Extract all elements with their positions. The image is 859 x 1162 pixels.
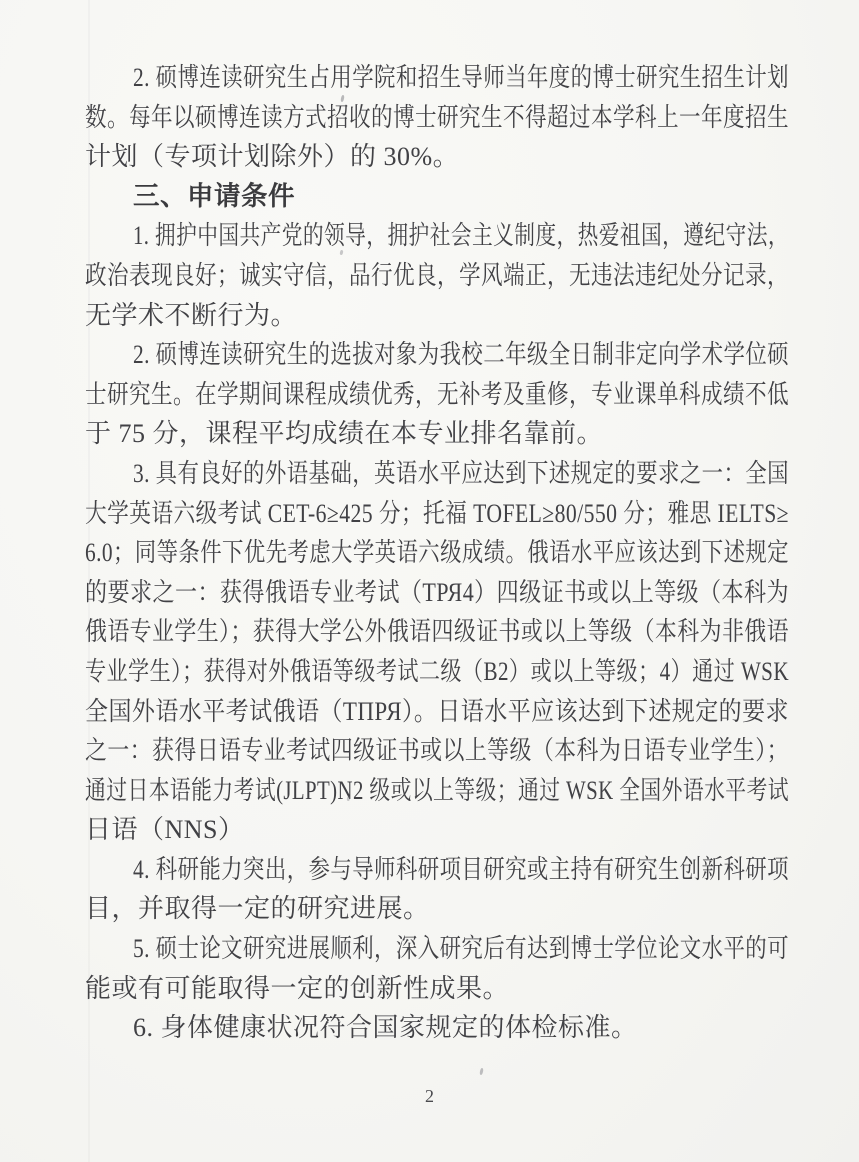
paragraph-line: 6. 身体健康状况符合国家规定的体检标准。 — [85, 1008, 789, 1048]
line-text: 1. 拥护中国共产党的领导，拥护社会主义制度，热爱祖国，遵纪守法， — [133, 216, 789, 256]
line-text: 无学术不断行为。 — [85, 296, 297, 336]
paragraph-line: 数。每年以硕博连读方式招收的博士研究生不得超过本学科上一年度招生 — [85, 98, 789, 138]
line-text: 6. 身体健康状况符合国家规定的体检标准。 — [133, 1008, 638, 1048]
paragraph-line: 于 75 分，课程平均成绩在本专业排名靠前。 — [85, 414, 789, 454]
paragraph-line: 全国外语水平考试俄语（ТПРЯ）。日语水平应该达到下述规定的要求 — [85, 692, 789, 732]
line-text: 4. 科研能力突出，参与导师科研项目研究或主持有研究生创新科研项 — [133, 850, 789, 890]
paragraph-line: 专业学生）；获得对外俄语等级考试二级（B2）或以上等级；4）通过 WSK — [85, 652, 789, 692]
paragraph-line: 3. 具有良好的外语基础，英语水平应达到下述规定的要求之一：全国 — [85, 454, 789, 494]
paragraph-line: 大学英语六级考试 CET-6≥425 分；托福 TOFEL≥80/550 分；雅… — [85, 494, 789, 534]
line-text: 全国外语水平考试俄语（ТПРЯ）。日语水平应该达到下述规定的要求 — [85, 692, 789, 732]
paragraph-line: 4. 科研能力突出，参与导师科研项目研究或主持有研究生创新科研项 — [85, 850, 789, 890]
paragraph-line: 计划（专项计划除外）的 30%。 — [85, 137, 789, 177]
line-text: 专业学生）；获得对外俄语等级考试二级（B2）或以上等级；4）通过 WSK — [85, 652, 789, 692]
line-text: 之一：获得日语专业考试四级证书或以上等级（本科为日语专业学生）； — [85, 731, 789, 771]
line-text: 俄语专业学生）；获得大学公外俄语四级证书或以上等级（本科为非俄语 — [85, 612, 789, 652]
line-text: 5. 硕士论文研究进展顺利，深入研究后有达到博士学位论文水平的可 — [133, 929, 789, 969]
paragraph-line: 无学术不断行为。 — [85, 296, 789, 336]
paragraph-line: 的要求之一：获得俄语专业考试（ТРЯ4）四级证书或以上等级（本科为 — [85, 573, 789, 613]
line-text: 6.0；同等条件下优先考虑大学英语六级成绩。俄语水平应该达到下述规定 — [85, 533, 789, 573]
line-text: 3. 具有良好的外语基础，英语水平应达到下述规定的要求之一：全国 — [133, 454, 789, 494]
line-text: 计划（专项计划除外）的 30%。 — [85, 137, 459, 177]
paragraph-line: 5. 硕士论文研究进展顺利，深入研究后有达到博士学位论文水平的可 — [85, 929, 789, 969]
paragraph-line: 士研究生。在学期间课程成绩优秀，无补考及重修，专业课单科成绩不低 — [85, 375, 789, 415]
line-text: 日语（NNS） — [85, 810, 245, 850]
line-text: 能或有可能取得一定的创新性成果。 — [85, 969, 509, 1009]
heading-text: 三、申请条件 — [133, 177, 295, 217]
section-heading: 三、申请条件 — [85, 177, 789, 217]
paragraph-line: 政治表现良好；诚实守信，品行优良，学风端正，无违法违纪处分记录， — [85, 256, 789, 296]
paragraph-line: 2. 硕博连读研究生占用学院和招生导师当年度的博士研究生招生计划 — [85, 58, 789, 98]
line-text: 大学英语六级考试 CET-6≥425 分；托福 TOFEL≥80/550 分；雅… — [85, 494, 789, 534]
paragraph-line: 2. 硕博连读研究生的选拔对象为我校二年级全日制非定向学术学位硕 — [85, 335, 789, 375]
paragraph-line: 俄语专业学生）；获得大学公外俄语四级证书或以上等级（本科为非俄语 — [85, 612, 789, 652]
paragraph-line: 能或有可能取得一定的创新性成果。 — [85, 969, 789, 1009]
paragraph-line: 目，并取得一定的研究进展。 — [85, 889, 789, 929]
line-text: 于 75 分，课程平均成绩在本专业排名靠前。 — [85, 414, 603, 454]
paragraph-line: 1. 拥护中国共产党的领导，拥护社会主义制度，热爱祖国，遵纪守法， — [85, 216, 789, 256]
scanned-document-page: 2. 硕博连读研究生占用学院和招生导师当年度的博士研究生招生计划 数。每年以硕博… — [0, 0, 859, 1162]
paragraph-line: 通过日本语能力考试(JLPT)N2 级或以上等级；通过 WSK 全国外语水平考试 — [85, 771, 789, 811]
page-number: 2 — [0, 1084, 859, 1108]
line-text: 通过日本语能力考试(JLPT)N2 级或以上等级；通过 WSK 全国外语水平考试 — [85, 771, 789, 811]
line-text: 2. 硕博连读研究生的选拔对象为我校二年级全日制非定向学术学位硕 — [133, 335, 789, 375]
document-body: 2. 硕博连读研究生占用学院和招生导师当年度的博士研究生招生计划 数。每年以硕博… — [85, 58, 789, 1048]
paragraph-line: 日语（NNS） — [85, 810, 789, 850]
line-text: 目，并取得一定的研究进展。 — [85, 889, 430, 929]
line-text: 的要求之一：获得俄语专业考试（ТРЯ4）四级证书或以上等级（本科为 — [85, 573, 789, 613]
line-text: 数。每年以硕博连读方式招收的博士研究生不得超过本学科上一年度招生 — [85, 98, 789, 138]
paragraph-line: 6.0；同等条件下优先考虑大学英语六级成绩。俄语水平应该达到下述规定 — [85, 533, 789, 573]
paragraph-line: 之一：获得日语专业考试四级证书或以上等级（本科为日语专业学生）； — [85, 731, 789, 771]
line-text: 士研究生。在学期间课程成绩优秀，无补考及重修，专业课单科成绩不低 — [85, 375, 789, 415]
scan-speck — [479, 1068, 483, 1075]
line-text: 2. 硕博连读研究生占用学院和招生导师当年度的博士研究生招生计划 — [133, 58, 789, 98]
line-text: 政治表现良好；诚实守信，品行优良，学风端正，无违法违纪处分记录， — [85, 256, 789, 296]
